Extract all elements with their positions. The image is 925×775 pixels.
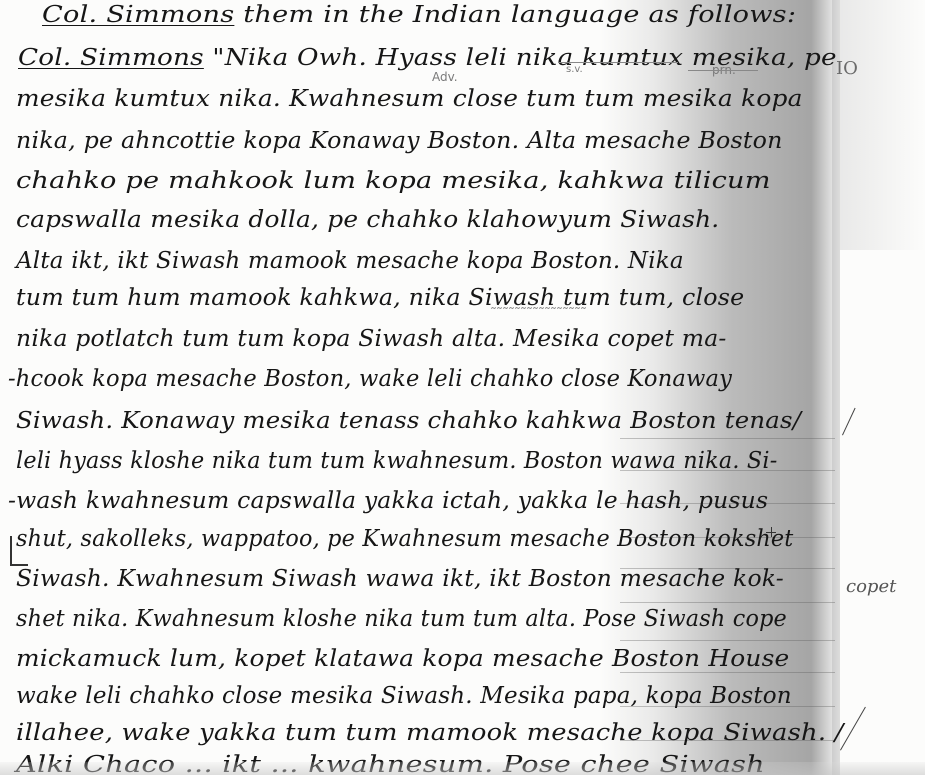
line-text: nika, pe ahncottie kopa Konaway Boston. … [16,128,783,154]
line-text: mickamuck lum, kopet klatawa kopa mesach… [16,646,789,672]
page-bottom-edge [0,762,925,775]
line-text: mesika kumtux nika. Kwahnesum close tum … [16,86,803,112]
manuscript-line: Alta ikt, ikt Siwash mamook mesache kopa… [16,248,684,274]
manuscript-line: tum tum hum mamook kahkwa, nika Siwash t… [16,285,744,311]
manuscript-line: -wash kwahnesum capswalla yakka ictah, y… [8,488,768,514]
sheet-edge [832,0,840,775]
line-text: capswalla mesika dolla, pe chahko klahow… [16,207,719,233]
manuscript-line: shut, sakolleks, wappatoo, pe Kwahnesum … [16,526,793,552]
underlined-name: Col. Simmons [18,45,204,71]
line-text: them in the Indian language as follows: [234,2,796,28]
margin-bracket [10,536,12,566]
annotation-squiggle: ˜˜˜˜˜˜˜˜˜˜˜˜˜˜˜˜ [490,306,586,322]
manuscript-line: mesika kumtux nika. Kwahnesum close tum … [16,86,803,112]
manuscript-line: illahee, wake yakka tum tum mamook mesac… [16,720,844,746]
ruled-streak [620,602,835,603]
line-text: wake leli chahko close mesika Siwash. Me… [16,683,792,709]
pencil-slash-mark [840,707,866,751]
manuscript-line: -hcook kopa mesache Boston, wake leli ch… [8,366,732,392]
manuscript-page: Col. Simmons them in the Indian language… [0,0,925,775]
cross-mark [771,527,772,537]
line-text: "Nika Owh. Hyass leli nika kumtux mesika… [204,45,837,71]
line-text: nika potlatch tum tum kopa Siwash alta. … [16,326,727,352]
ruled-streak [620,672,835,673]
line-text: leli hyass kloshe nika tum tum kwahnesum… [16,448,777,474]
line-text: chahko pe mahkook lum kopa mesika, kahkw… [16,168,771,194]
manuscript-line: chahko pe mahkook lum kopa mesika, kahkw… [16,168,771,194]
line-text: illahee, wake yakka tum tum mamook mesac… [16,720,844,746]
manuscript-line: Col. Simmons them in the Indian language… [42,2,796,28]
line-text: Siwash. Kwahnesum Siwash wawa ikt, ikt B… [16,566,784,592]
manuscript-line: Siwash. Konaway mesika tenass chahko kah… [16,408,801,434]
line-text: shet nika. Kwahnesum kloshe nika tum tum… [16,606,787,632]
line-text: Alta ikt, ikt Siwash mamook mesache kopa… [16,248,684,274]
pencil-slash-mark [842,408,856,436]
manuscript-line: nika, pe ahncottie kopa Konaway Boston. … [16,128,783,154]
ruled-streak [620,640,835,641]
margin-bracket [10,564,28,566]
underlined-name: Col. Simmons [42,2,234,28]
right-margin-tone [840,0,925,250]
line-text: -wash kwahnesum capswalla yakka ictah, y… [8,488,768,514]
annotation-adv: Adv. [432,70,458,84]
annotation-bracket-line [688,70,758,71]
line-text: tum tum hum mamook kahkwa, nika Siwash t… [16,285,744,311]
manuscript-line: leli hyass kloshe nika tum tum kwahnesum… [16,448,777,474]
manuscript-line: mickamuck lum, kopet klatawa kopa mesach… [16,646,789,672]
annotation-io: IO [836,58,858,79]
manuscript-line: shet nika. Kwahnesum kloshe nika tum tum… [16,606,787,632]
manuscript-line: Siwash. Kwahnesum Siwash wawa ikt, ikt B… [16,566,784,592]
line-text: -hcook kopa mesache Boston, wake leli ch… [8,366,732,392]
manuscript-line: capswalla mesika dolla, pe chahko klahow… [16,207,719,233]
annotation-copet: copet [846,576,896,597]
line-text: shut, sakolleks, wappatoo, pe Kwahnesum … [16,526,793,552]
manuscript-line: wake leli chahko close mesika Siwash. Me… [16,683,792,709]
manuscript-line: nika potlatch tum tum kopa Siwash alta. … [16,326,727,352]
annotation-bracket-line [558,62,678,63]
line-text: Siwash. Konaway mesika tenass chahko kah… [16,408,801,434]
annotation-sv: s.v. [566,64,583,75]
ruled-streak [620,438,835,439]
